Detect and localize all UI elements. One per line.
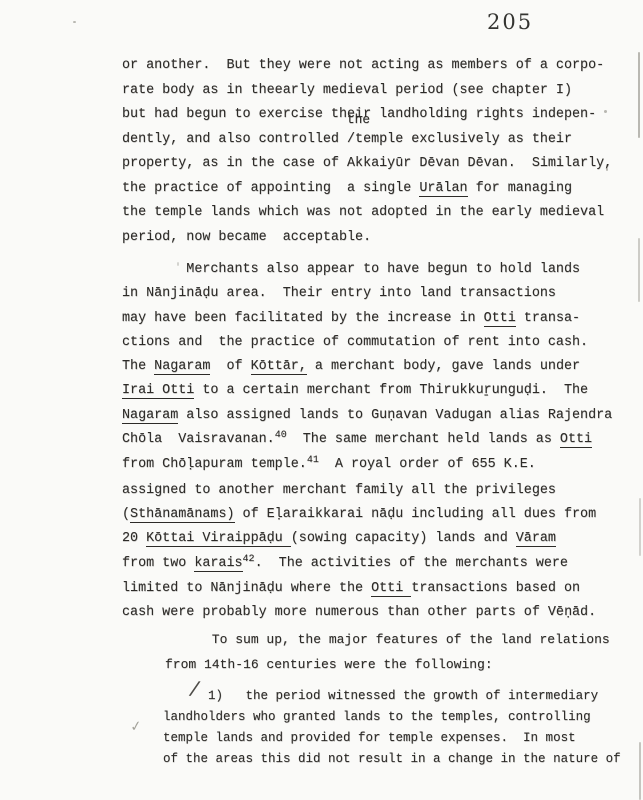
text-line: the temple lands which was not adopted i… bbox=[122, 201, 612, 226]
text-line: To sum up, the major features of the lan… bbox=[165, 628, 610, 653]
text-line: of the areas this did not result in a ch… bbox=[163, 749, 621, 770]
text-line: (Sthānamānams) of Eḷaraikkarai nāḍu incl… bbox=[122, 503, 612, 527]
text-line: property, as in the case of Akkaiyūr Dēv… bbox=[122, 152, 612, 177]
text-line: 1) the period witnessed the growth of in… bbox=[163, 686, 621, 707]
scan-speck bbox=[606, 168, 608, 171]
para-4: 1) the period witnessed the growth of in… bbox=[163, 686, 621, 770]
scan-speck bbox=[604, 110, 607, 113]
para-3: To sum up, the major features of the lan… bbox=[165, 628, 610, 677]
scan-artifact-line bbox=[639, 498, 641, 556]
para-1: or another. But they were not acting as … bbox=[122, 54, 612, 250]
text-line: assigned to another merchant family all … bbox=[122, 479, 612, 503]
scan-speck bbox=[73, 21, 76, 23]
handwritten-slash-mark: / bbox=[187, 679, 202, 703]
text-line: temple lands and provided for temple exp… bbox=[163, 728, 621, 749]
text-line: rate body as in theearly medieval period… bbox=[122, 79, 612, 104]
scan-artifact-line bbox=[638, 52, 640, 138]
text-line: cash were probably more numerous than ot… bbox=[122, 601, 612, 625]
text-line: dently, and also controlled /temple excl… bbox=[122, 128, 612, 153]
text-line: landholders who granted lands to the tem… bbox=[163, 707, 621, 728]
scanned-page: 205 or another. But they were not acting… bbox=[0, 0, 643, 800]
scan-artifact-line bbox=[639, 742, 641, 800]
text-line: Nagaram also assigned lands to Guṇavan V… bbox=[122, 404, 612, 428]
text-line: in Nānjināḍu area. Their entry into land… bbox=[122, 282, 612, 306]
text-line: from two karais42. The activities of the… bbox=[122, 552, 612, 577]
scan-speck bbox=[177, 262, 179, 266]
text-line: 20 Kōttai Viraippāḍu (sowing capacity) l… bbox=[122, 527, 612, 551]
text-line: period, now became acceptable. bbox=[122, 226, 612, 251]
text-line: limited to Nānjināḍu where the Otti tran… bbox=[122, 577, 612, 601]
text-line: ctions and the practice of commutation o… bbox=[122, 331, 612, 355]
text-line: from 14th-16 centuries were the followin… bbox=[165, 653, 610, 678]
para-2: Merchants also appear to have begun to h… bbox=[122, 258, 612, 625]
text-line: Merchants also appear to have begun to h… bbox=[122, 258, 612, 282]
text-line: Chōla Vaisravanan.40 The same merchant h… bbox=[122, 428, 612, 453]
text-line: The Nagaram of Kōttār, a merchant body, … bbox=[122, 355, 612, 379]
page-number: 205 bbox=[487, 10, 533, 34]
text-line: or another. But they were not acting as … bbox=[122, 54, 612, 79]
text-line: the practice of appointing a single Urāl… bbox=[122, 177, 612, 202]
text-line: Irai Otti to a certain merchant from Thi… bbox=[122, 379, 612, 403]
scan-artifact-line bbox=[638, 238, 640, 302]
pencil-checkmark: ✓ bbox=[130, 715, 142, 736]
inserted-word-the: the bbox=[347, 112, 370, 127]
text-line: from Chōḷapuram temple.41 A royal order … bbox=[122, 453, 612, 478]
text-line: may have been facilitated by the increas… bbox=[122, 307, 612, 331]
